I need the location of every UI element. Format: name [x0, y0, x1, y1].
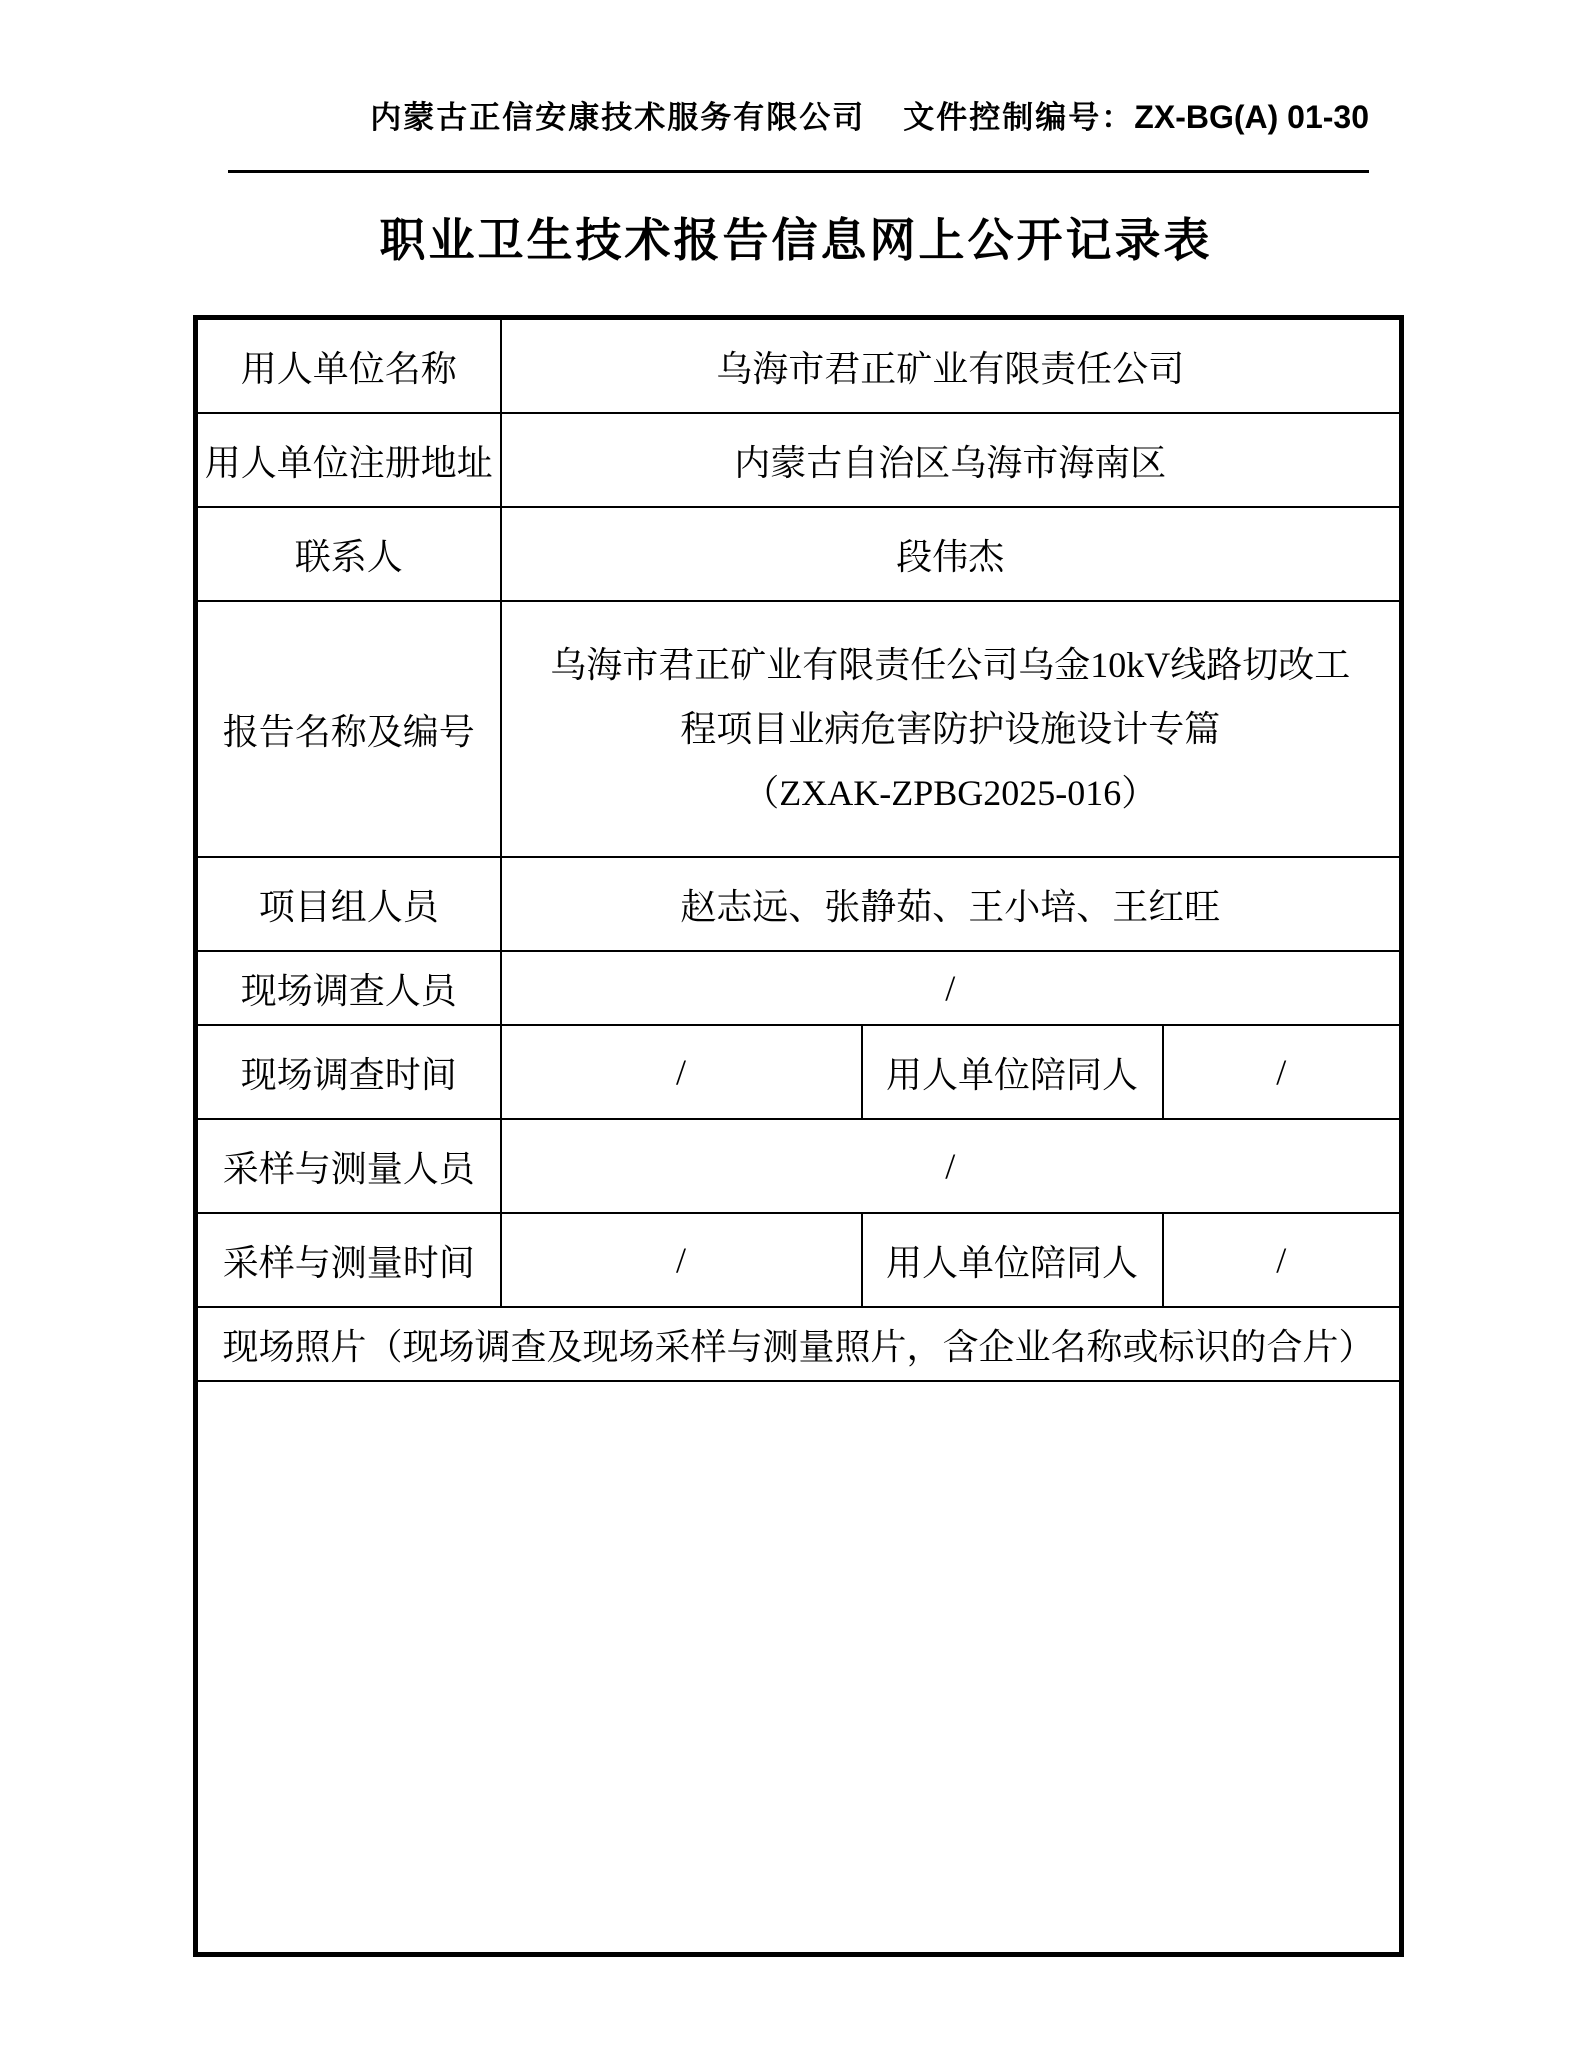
- sampling-personnel-value: /: [501, 1119, 1402, 1213]
- sampling-personnel-label: 采样与测量人员: [196, 1119, 501, 1213]
- row-employer-name: 用人单位名称 乌海市君正矿业有限责任公司: [196, 318, 1402, 414]
- site-photos-area: [196, 1381, 1402, 1955]
- sampling-escort-value: /: [1163, 1213, 1402, 1307]
- row-survey-time: 现场调查时间 / 用人单位陪同人 /: [196, 1025, 1402, 1119]
- sampling-time-label: 采样与测量时间: [196, 1213, 501, 1307]
- report-name-line-3: （ZXAK-ZPBG2025-016）: [502, 761, 1400, 825]
- header-divider-line: [228, 170, 1369, 173]
- row-sampling-personnel: 采样与测量人员 /: [196, 1119, 1402, 1213]
- row-site-photos-caption: 现场照片（现场调查及现场采样与测量照片，含企业名称或标识的合片）: [196, 1307, 1402, 1381]
- row-project-team: 项目组人员 赵志远、张静茹、王小培、王红旺: [196, 857, 1402, 951]
- sampling-escort-label: 用人单位陪同人: [862, 1213, 1163, 1307]
- employer-address-value: 内蒙古自治区乌海市海南区: [501, 413, 1402, 507]
- project-team-label: 项目组人员: [196, 857, 501, 951]
- doc-control-code: ZX-BG(A) 01-30: [1134, 99, 1369, 135]
- survey-escort-value: /: [1163, 1025, 1402, 1119]
- doc-control-label: 文件控制编号：: [903, 100, 1134, 135]
- survey-escort-label: 用人单位陪同人: [862, 1025, 1163, 1119]
- employer-name-label: 用人单位名称: [196, 318, 501, 414]
- report-name-line-1: 乌海市君正矿业有限责任公司乌金10kV线路切改工: [502, 633, 1400, 697]
- company-name: 内蒙古正信安康技术服务有限公司: [370, 100, 865, 135]
- row-contact-person: 联系人 段伟杰: [196, 507, 1402, 601]
- survey-time-value: /: [501, 1025, 862, 1119]
- survey-personnel-label: 现场调查人员: [196, 951, 501, 1025]
- report-name-line-2: 程项目业病危害防护设施设计专篇: [502, 697, 1400, 761]
- row-report-name: 报告名称及编号 乌海市君正矿业有限责任公司乌金10kV线路切改工 程项目业病危害…: [196, 601, 1402, 857]
- sampling-time-value: /: [501, 1213, 862, 1307]
- contact-person-label: 联系人: [196, 507, 501, 601]
- document-header: 内蒙古正信安康技术服务有限公司文件控制编号：ZX-BG(A) 01-30: [228, 92, 1369, 137]
- document-page: 内蒙古正信安康技术服务有限公司文件控制编号：ZX-BG(A) 01-30 职业卫…: [0, 0, 1587, 2067]
- row-survey-personnel: 现场调查人员 /: [196, 951, 1402, 1025]
- employer-address-label: 用人单位注册地址: [196, 413, 501, 507]
- row-site-photos-area: [196, 1381, 1402, 1955]
- contact-person-value: 段伟杰: [501, 507, 1402, 601]
- page-title: 职业卫生技术报告信息网上公开记录表: [193, 214, 1399, 267]
- row-employer-address: 用人单位注册地址 内蒙古自治区乌海市海南区: [196, 413, 1402, 507]
- survey-personnel-value: /: [501, 951, 1402, 1025]
- report-name-label: 报告名称及编号: [196, 601, 501, 857]
- report-name-value: 乌海市君正矿业有限责任公司乌金10kV线路切改工 程项目业病危害防护设施设计专篇…: [501, 601, 1402, 857]
- employer-name-value: 乌海市君正矿业有限责任公司: [501, 318, 1402, 414]
- site-photos-caption: 现场照片（现场调查及现场采样与测量照片，含企业名称或标识的合片）: [196, 1307, 1402, 1381]
- survey-time-label: 现场调查时间: [196, 1025, 501, 1119]
- row-sampling-time: 采样与测量时间 / 用人单位陪同人 /: [196, 1213, 1402, 1307]
- project-team-value: 赵志远、张静茹、王小培、王红旺: [501, 857, 1402, 951]
- record-table: 用人单位名称 乌海市君正矿业有限责任公司 用人单位注册地址 内蒙古自治区乌海市海…: [193, 315, 1404, 1957]
